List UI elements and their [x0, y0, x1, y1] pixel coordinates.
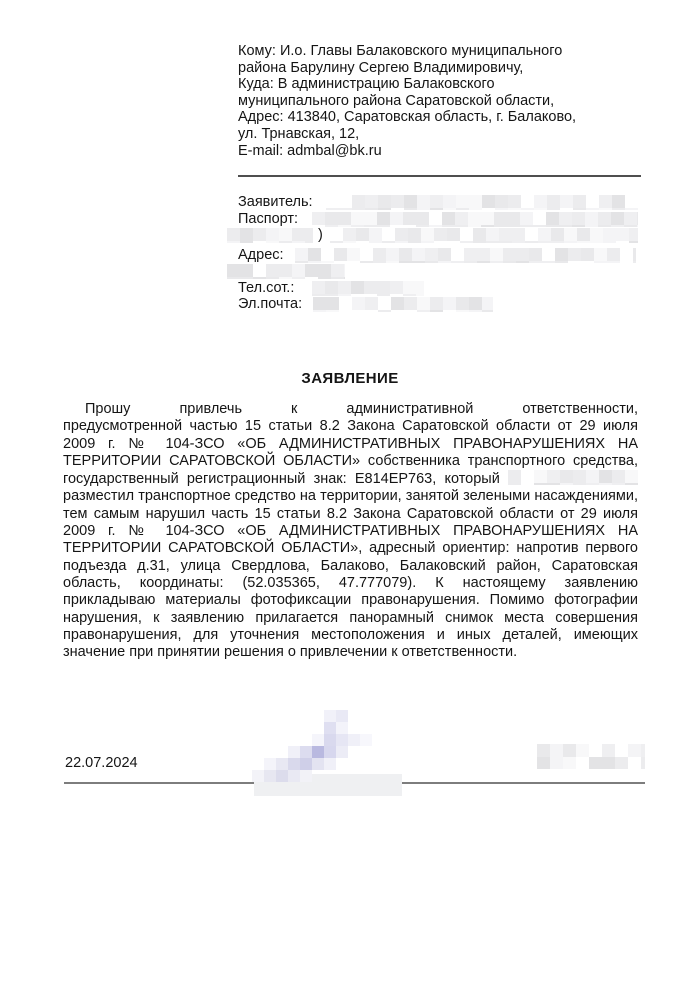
signature-pixel — [300, 770, 312, 782]
signature-pixel — [300, 746, 312, 758]
redacted-passport-issuer-cont — [330, 228, 638, 243]
passport-row-2: ) — [227, 227, 647, 244]
signature-pixel — [336, 710, 348, 722]
redacted-phone — [312, 281, 424, 296]
statement-body: Прошу привлечь к административной ответс… — [63, 401, 638, 661]
redacted-address — [295, 248, 636, 263]
signature-pixel — [312, 746, 324, 758]
signature-pixel — [336, 734, 348, 746]
signature-pixel — [324, 734, 336, 746]
signature-pixel — [348, 734, 360, 746]
document-title: ЗАЯВЛЕНИЕ — [0, 370, 700, 387]
redacted-applicant-name — [326, 195, 638, 210]
phone-label: Тел.сот.: — [238, 280, 294, 296]
recipient-line: Кому: И.о. Главы Балаковского муниципаль… — [238, 43, 648, 60]
passport-label: Паспорт: — [238, 211, 298, 227]
signature-pixel — [336, 746, 348, 758]
recipient-line: E-mail: admbal@bk.ru — [238, 143, 648, 160]
redacted-email — [313, 297, 493, 312]
redacted-address-cont — [227, 264, 345, 279]
address-row-2 — [227, 263, 647, 280]
applicant-block: Заявитель: Паспорт: ) Адрес: Тел.сот.: Э… — [227, 193, 647, 318]
signature-pixel — [360, 734, 372, 746]
redacted-owner-name — [508, 470, 638, 485]
document-date: 22.07.2024 — [65, 755, 138, 771]
signature-pixel — [312, 734, 324, 746]
recipient-line: района Барулину Сергею Владимировичу, — [238, 60, 648, 77]
signature-pixel — [300, 758, 312, 770]
statement-first-line: Прошу привлечь к административной ответс… — [63, 401, 638, 418]
statement-part2: разместил транспортное средство на терри… — [63, 488, 638, 660]
signature-pixel — [336, 722, 348, 734]
signature-pixel — [324, 722, 336, 734]
statement-text: предусмотренной частью 15 статьи 8.2 Зак… — [63, 418, 638, 661]
phone-row: Тел.сот.: — [227, 280, 647, 297]
recipient-line: Куда: В администрацию Балаковского — [238, 76, 648, 93]
redacted-passport-number — [312, 212, 638, 227]
signature-pixel — [264, 758, 276, 770]
signature-pixel — [288, 770, 300, 782]
signature-pixel — [312, 758, 324, 770]
redacted-signer-name — [537, 744, 645, 769]
passport-row: Паспорт: — [227, 211, 647, 228]
recipient-line: муниципального района Саратовской област… — [238, 93, 648, 110]
signature-pixel — [276, 770, 288, 782]
redacted-passport-issuer — [227, 228, 313, 243]
signature-pixel — [324, 758, 336, 770]
signature-redacted — [252, 710, 408, 786]
header-separator-line — [238, 175, 641, 177]
signature-pixel — [252, 770, 264, 782]
document-page: Кому: И.о. Главы Балаковского муниципаль… — [0, 0, 700, 990]
applicant-name-label: Заявитель: — [238, 194, 313, 210]
signature-pixel — [288, 758, 300, 770]
email-label: Эл.почта: — [238, 296, 302, 312]
email-row: Эл.почта: — [227, 296, 647, 313]
signature-pixel — [288, 746, 300, 758]
passport-paren-char: ) — [318, 227, 323, 243]
applicant-row: Заявитель: — [227, 194, 647, 211]
signature-pixel — [264, 770, 276, 782]
address-row: Адрес: — [227, 247, 647, 264]
address-label: Адрес: — [238, 247, 284, 263]
recipient-block: Кому: И.о. Главы Балаковского муниципаль… — [238, 43, 648, 159]
signature-pixel — [324, 746, 336, 758]
recipient-line: Адрес: 413840, Саратовская область, г. Б… — [238, 109, 648, 126]
signature-pixel — [276, 758, 288, 770]
signature-pixel — [324, 710, 336, 722]
recipient-line: ул. Трнавская, 12, — [238, 126, 648, 143]
